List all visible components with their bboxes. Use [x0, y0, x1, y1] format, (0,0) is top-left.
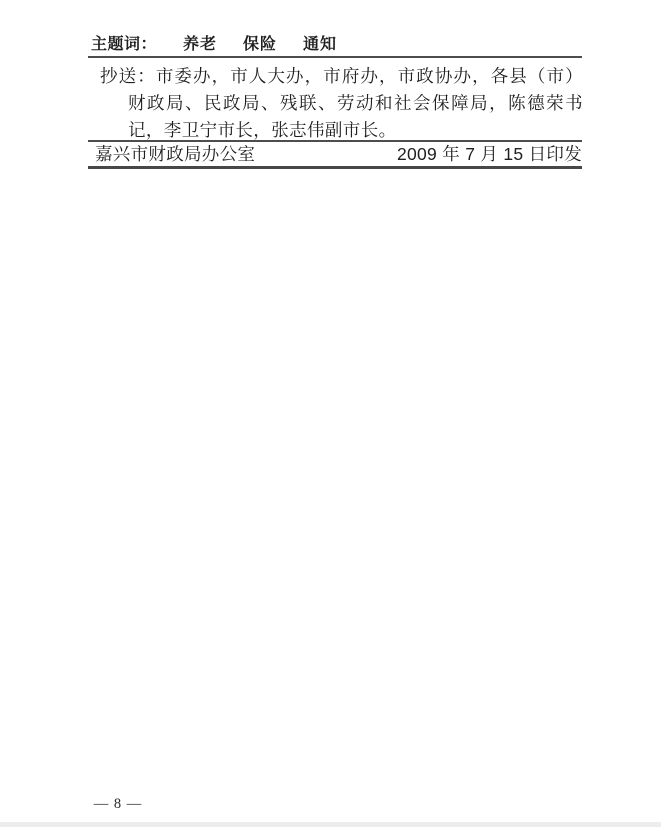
issuer-row: 嘉兴市财政局办公室 2009 年 7 月 15 日印发: [95, 143, 582, 165]
separator-rule-middle: [88, 140, 582, 142]
separator-rule-bottom-thick: [88, 166, 582, 169]
cc-block: 抄送：市委办，市人大办，市府办，市政协办，各县（市）财政局、民政局、残联、劳动和…: [100, 63, 583, 144]
cc-text: 市委办，市人大办，市府办，市政协办，各县（市）财政局、民政局、残联、劳动和社会保…: [128, 66, 583, 140]
subject-keyword-1: 养老: [183, 36, 217, 53]
separator-rule-top: [88, 56, 582, 58]
subject-keyword-2: 保险: [243, 36, 277, 53]
document-page: 主题词：养老保险通知 抄送：市委办，市人大办，市府办，市政协办，各县（市）财政局…: [0, 0, 661, 827]
cc-label: 抄送：: [100, 66, 156, 86]
subject-label: 主题词：: [91, 36, 157, 53]
subject-keywords-row: 主题词：养老保险通知: [91, 35, 337, 55]
issuer-office: 嘉兴市财政局办公室: [95, 143, 255, 165]
issuer-print-date: 2009 年 7 月 15 日印发: [397, 143, 582, 165]
page-number: — 8 —: [86, 796, 150, 813]
subject-keyword-3: 通知: [303, 36, 337, 53]
page-bottom-edge-strip: [0, 822, 661, 827]
